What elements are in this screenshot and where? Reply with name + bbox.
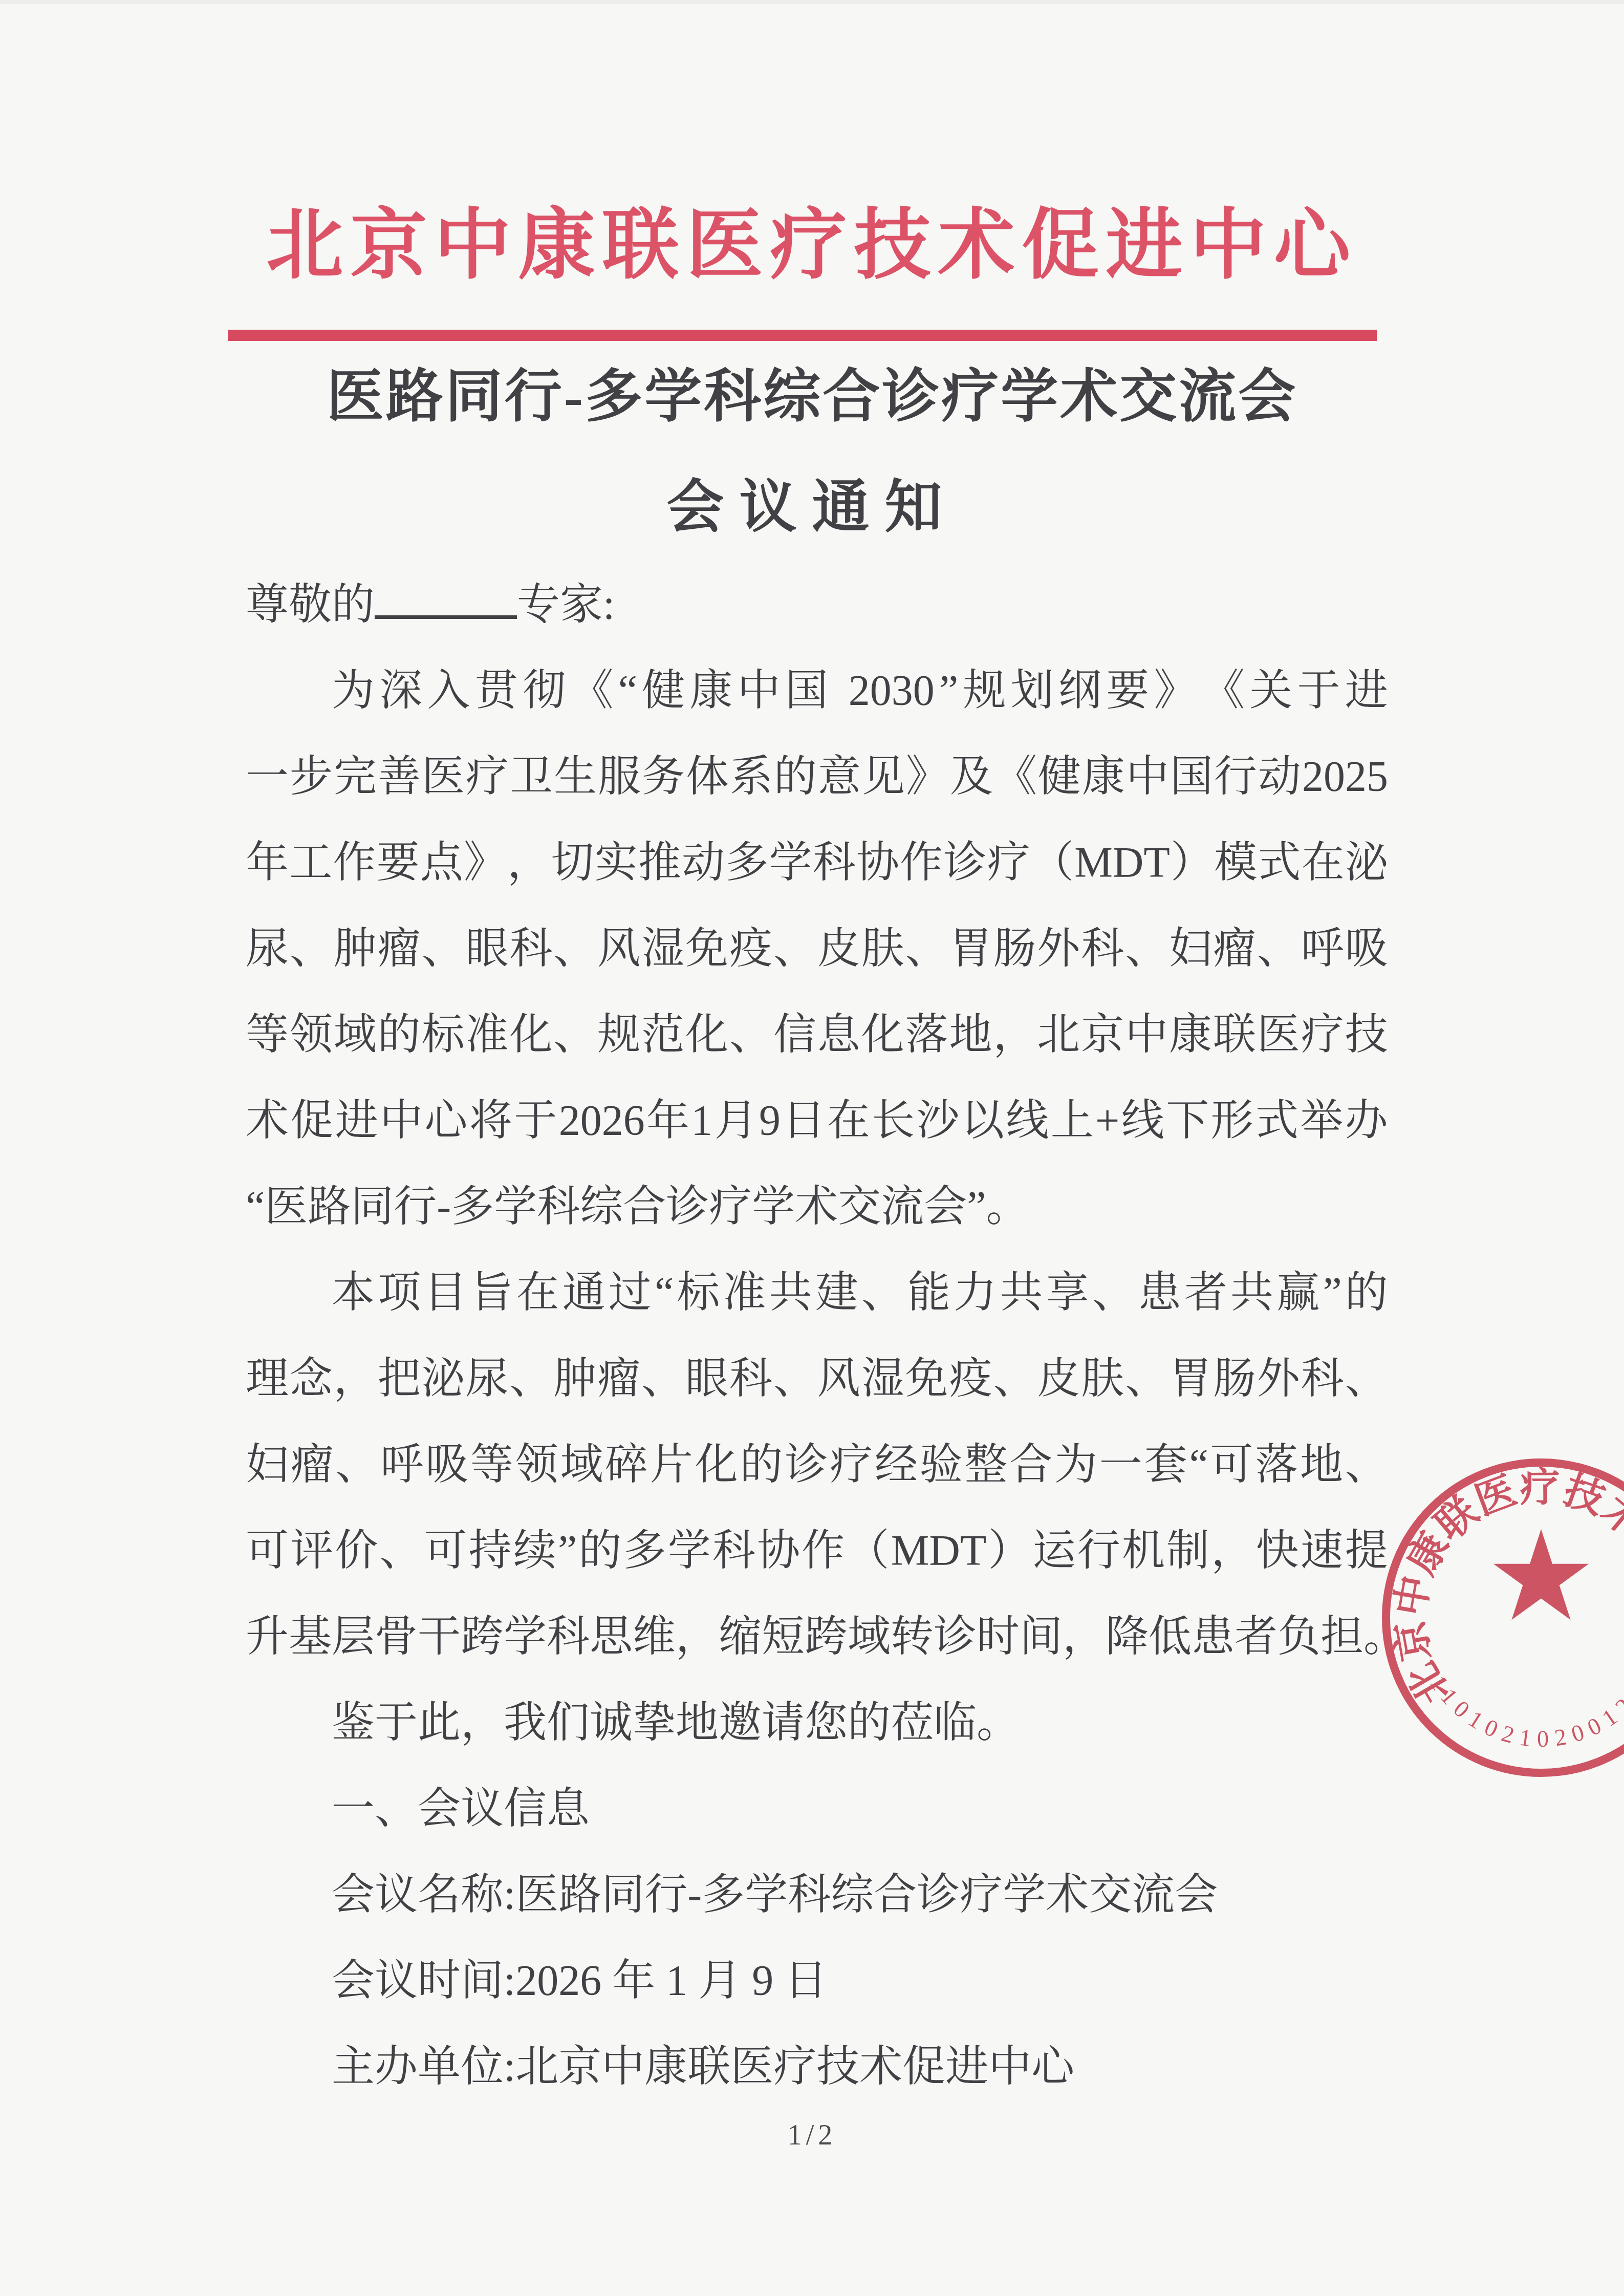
body-line: 一步完善医疗卫生服务体系的意见》及《健康中国行动2025 [246, 734, 1388, 820]
seal-serial-number: 11010210200128 [1425, 1671, 1624, 1752]
body-line: 可评价、可持续”的多学科协作（MDT）运行机制，快速提 [246, 1508, 1388, 1594]
salutation: 尊敬的专家: [246, 562, 1388, 648]
body-line: 年工作要点》，切实推动多学科协作诊疗（MDT）模式在泌 [246, 820, 1388, 906]
body-line: 为深入贯彻《“健康中国 2030”规划纲要》《关于进 [246, 648, 1388, 734]
meeting-name-line: 会议名称:医路同行-多学科综合诊疗学术交流会 [246, 1852, 1388, 1938]
body-line: 等领域的标准化、规范化、信息化落地，北京中康联医疗技 [246, 992, 1388, 1078]
document-title: 医路同行-多学科综合诊疗学术交流会 [0, 363, 1624, 431]
meeting-host-line: 主办单位:北京中康联医疗技术促进中心 [246, 2024, 1388, 2110]
body-line: 升基层骨干跨学科思维，缩短跨域转诊时间，降低患者负担。 [246, 1594, 1388, 1680]
official-seal: 北京中康联医疗技术促进中心 11010210200128 [1356, 1433, 1624, 1807]
body-line: 尿、肿瘤、眼科、风湿免疫、皮肤、胃肠外科、妇瘤、呼吸 [246, 906, 1388, 992]
section-heading-meeting-info: 一、会议信息 [246, 1766, 1388, 1852]
body-line: “医路同行-多学科综合诊疗学术交流会”。 [246, 1164, 1388, 1250]
page-number: 1/2 [0, 2117, 1624, 2153]
letter-body: 尊敬的专家: 为深入贯彻《“健康中国 2030”规划纲要》《关于进 一步完善医疗… [246, 562, 1388, 2110]
svg-text:11010210200128: 11010210200128 [1425, 1671, 1624, 1752]
seal-star-icon [1493, 1529, 1589, 1620]
body-line: 理念，把泌尿、肿瘤、眼科、风湿免疫、皮肤、胃肠外科、 [246, 1336, 1388, 1422]
letterhead-divider [228, 330, 1377, 341]
document-subtitle: 会议通知 [0, 474, 1624, 542]
seal-ring-text: 北京中康联医疗技术促进中心 [1388, 1465, 1624, 1712]
meeting-date-line: 会议时间:2026 年 1 月 9 日 [246, 1938, 1388, 2024]
salutation-prefix: 尊敬的 [246, 581, 375, 629]
body-line: 妇瘤、呼吸等领域碎片化的诊疗经验整合为一套“可落地、 [246, 1422, 1388, 1508]
svg-text:北京中康联医疗技术促进中心: 北京中康联医疗技术促进中心 [1388, 1465, 1624, 1712]
body-line: 本项目旨在通过“标准共建、能力共享、患者共赢”的 [246, 1250, 1388, 1336]
letterhead-title: 北京中康联医疗技术促进中心 [0, 197, 1624, 294]
body-line: 鉴于此，我们诚挚地邀请您的莅临。 [246, 1680, 1388, 1766]
body-line: 术促进中心将于2026年1月9日在长沙以线上+线下形式举办 [246, 1078, 1388, 1164]
salutation-blank-underline [375, 615, 517, 619]
scanner-edge-artifact [0, 0, 1624, 4]
salutation-suffix: 专家: [517, 581, 615, 629]
